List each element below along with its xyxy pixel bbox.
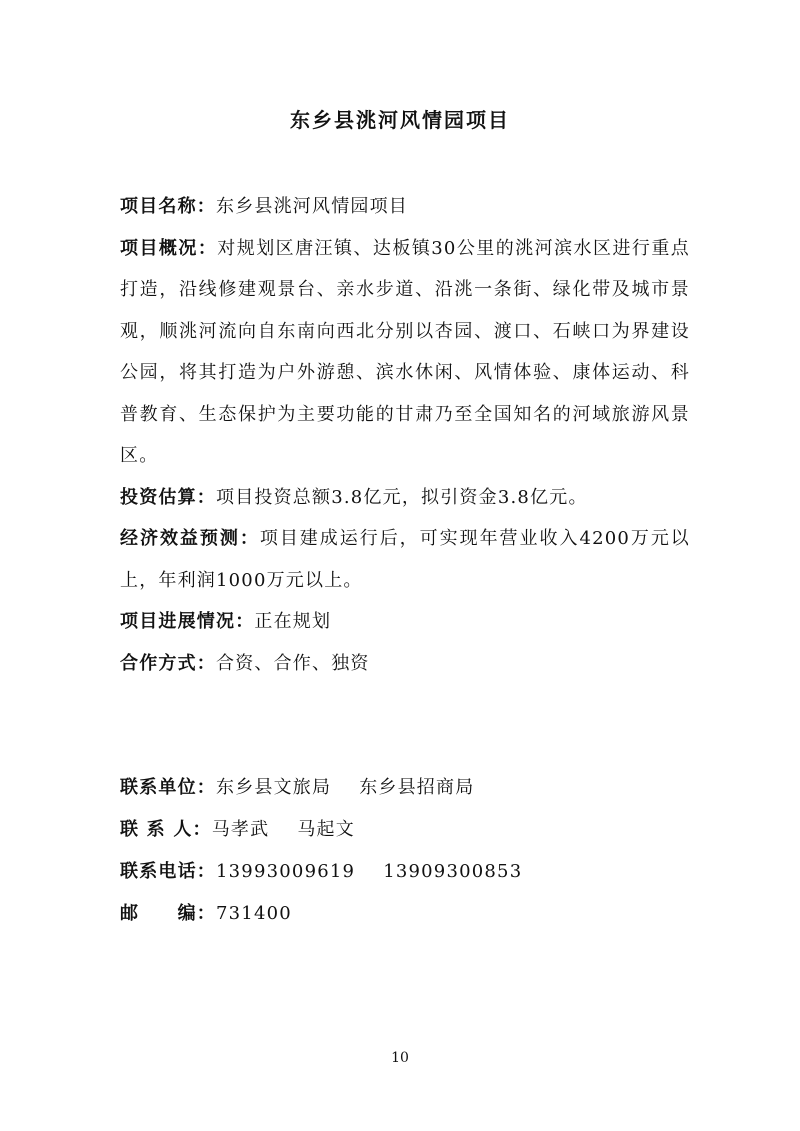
contact-value: 马起文 (297, 819, 355, 840)
field-project-name: 项目名称：东乡县洮河风情园项目 (120, 186, 690, 228)
field-value: 东乡县洮河风情园项目 (216, 196, 408, 217)
field-value: 项目投资总额3.8亿元，拟引资金3.8亿元。 (216, 487, 588, 508)
contact-value: 13993009619 (216, 861, 355, 882)
document-title: 东乡县洮河风情园项目 (0, 104, 800, 133)
contact-value: 东乡县文旅局 (216, 777, 331, 798)
page-number: 10 (0, 1050, 800, 1066)
field-value: 正在规划 (254, 611, 331, 632)
contact-value: 马孝武 (212, 819, 270, 840)
field-label: 项目进展情况： (120, 611, 254, 632)
contact-label: 联系电话： (120, 861, 216, 882)
contact-unit: 联系单位：东乡县文旅局东乡县招商局 (120, 767, 690, 809)
field-label: 投资估算： (120, 487, 216, 508)
contact-info: 联系单位：东乡县文旅局东乡县招商局 联 系 人：马孝武马起文 联系电话：1399… (120, 767, 690, 935)
contact-postcode: 邮 编：731400 (120, 893, 690, 935)
contact-person: 联 系 人：马孝武马起文 (120, 809, 690, 851)
contact-label: 联 系 人： (120, 819, 212, 840)
project-details: 项目名称：东乡县洮河风情园项目 项目概况：对规划区唐汪镇、达板镇30公里的洮河滨… (120, 186, 690, 684)
contact-value: 东乡县招商局 (359, 777, 474, 798)
contact-value: 13909300853 (383, 861, 522, 882)
field-economic-forecast: 经济效益预测：项目建成运行后，可实现年营业收入4200万元以上，年利润1000万… (120, 518, 690, 601)
contact-value: 731400 (216, 903, 292, 924)
contact-label: 邮 编： (120, 903, 216, 924)
field-value: 对规划区唐汪镇、达板镇30公里的洮河滨水区进行重点打造，沿线修建观景台、亲水步道… (120, 238, 690, 467)
field-value: 合资、合作、独资 (216, 653, 370, 674)
field-label: 合作方式： (120, 653, 216, 674)
field-label: 项目名称： (120, 196, 216, 217)
field-label: 经济效益预测： (120, 528, 260, 549)
field-label: 项目概况： (120, 238, 217, 259)
field-cooperation-mode: 合作方式：合资、合作、独资 (120, 643, 690, 685)
field-project-overview: 项目概况：对规划区唐汪镇、达板镇30公里的洮河滨水区进行重点打造，沿线修建观景台… (120, 228, 690, 477)
field-investment-estimate: 投资估算：项目投资总额3.8亿元，拟引资金3.8亿元。 (120, 477, 690, 519)
contact-phone: 联系电话：1399300961913909300853 (120, 851, 690, 893)
field-progress: 项目进展情况：正在规划 (120, 601, 690, 643)
contact-label: 联系单位： (120, 777, 216, 798)
